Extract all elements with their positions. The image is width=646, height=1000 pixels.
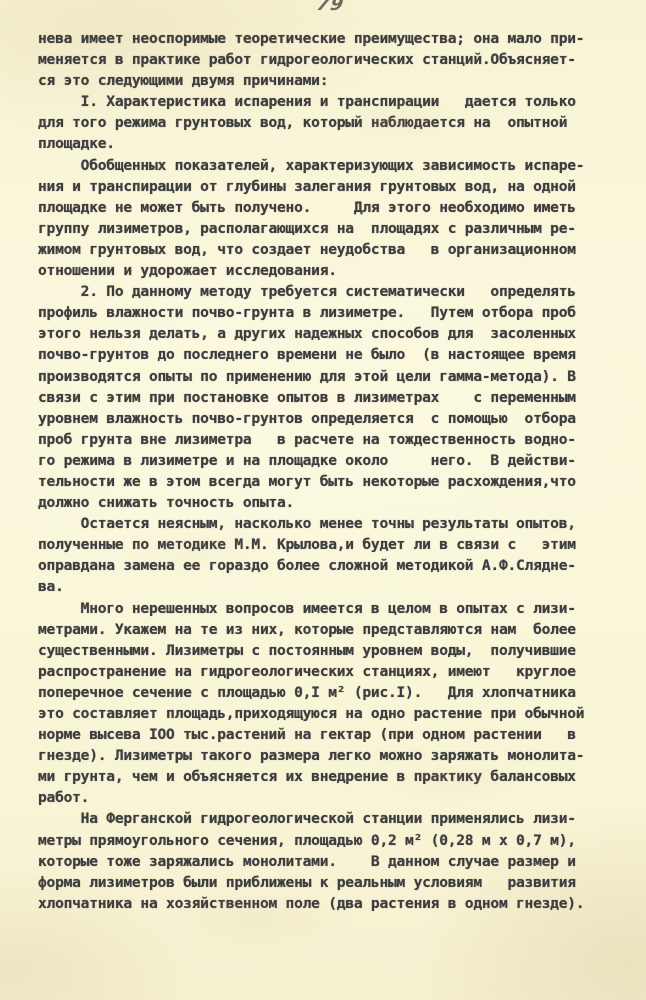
text-line: распространение на гидрогеологических ст… [38, 661, 622, 682]
text-line: ми грунта, чем и объясняется их внедрени… [38, 766, 622, 787]
text-line: меняется в практике работ гидрогеологиче… [38, 49, 622, 70]
text-line: почво-грунтов до последнего времени не б… [38, 344, 622, 365]
text-line: должно снижать точность опыта. [38, 492, 622, 513]
text-line: отношении и удорожает исследования. [38, 260, 622, 281]
text-line: форма лизиметров были приближены к реаль… [38, 872, 622, 893]
text-line: для того режима грунтовых вод, который н… [38, 112, 622, 133]
text-line: этого нельзя делать, а других надежных с… [38, 323, 622, 344]
text-line: На Ферганской гидрогеологической станции… [38, 808, 622, 829]
text-line: нева имеет неоспоримые теоретические пре… [38, 28, 622, 49]
text-line: жимом грунтовых вод, что создает неудобс… [38, 239, 622, 260]
text-line: группу лизиметров, располагающихся на пл… [38, 218, 622, 239]
text-line: уровнем влажность почво-грунтов определя… [38, 408, 622, 429]
text-line: это составляет площадь,приходящуюся на о… [38, 703, 622, 724]
text-line: полученные по методике М.М. Крылова,и бу… [38, 534, 622, 555]
text-line: хлопчатника на хозяйственном поле (два р… [38, 893, 622, 914]
text-line: ния и транспирации от глубины залегания … [38, 176, 622, 197]
text-line: профиль влажности почво-грунта в лизимет… [38, 302, 622, 323]
text-line: метрами. Укажем на те из них, которые пр… [38, 619, 622, 640]
text-line: площадке не может быть получено. Для это… [38, 197, 622, 218]
text-line: существенными. Лизиметры с постоянным ур… [38, 640, 622, 661]
text-line: работ. [38, 787, 622, 808]
text-line: тельности же в этом всегда могут быть не… [38, 471, 622, 492]
text-line: поперечное сечение с площадью 0,I м² (ри… [38, 682, 622, 703]
text-line: Обобщенных показателей, характеризующих … [38, 155, 622, 176]
text-line: площадке. [38, 133, 622, 154]
text-line: проб грунта вне лизиметра в расчете на т… [38, 429, 622, 450]
text-line: ва. [38, 576, 622, 597]
text-line: Остается неясным, насколько менее точны … [38, 513, 622, 534]
text-line: го режима в лизиметре и на площадке окол… [38, 450, 622, 471]
text-line: которые тоже заряжались монолитами. В да… [38, 851, 622, 872]
text-line: ся это следующими двумя причинами: [38, 70, 622, 91]
text-line: 2. По данному методу требуется системати… [38, 281, 622, 302]
text-line: связи с этим при постановке опытов в лиз… [38, 387, 622, 408]
document-page: 79 нева имеет неоспоримые теоретические … [0, 0, 646, 1000]
text-block: нева имеет неоспоримые теоретические пре… [38, 28, 622, 914]
text-line: Много нерешенных вопросов имеется в цело… [38, 598, 622, 619]
text-line: производятся опыты по применению для это… [38, 366, 622, 387]
text-line: гнезде). Лизиметры такого размера легко … [38, 745, 622, 766]
page-number: 79 [315, 0, 346, 15]
text-line: метры прямоугольного сечения, площадью 0… [38, 830, 622, 851]
text-line: I. Характеристика испарения и транспирац… [38, 91, 622, 112]
text-line: оправдана замена ее гораздо более сложно… [38, 555, 622, 576]
text-line: норме высева IОО тыс.растений на гектар … [38, 724, 622, 745]
